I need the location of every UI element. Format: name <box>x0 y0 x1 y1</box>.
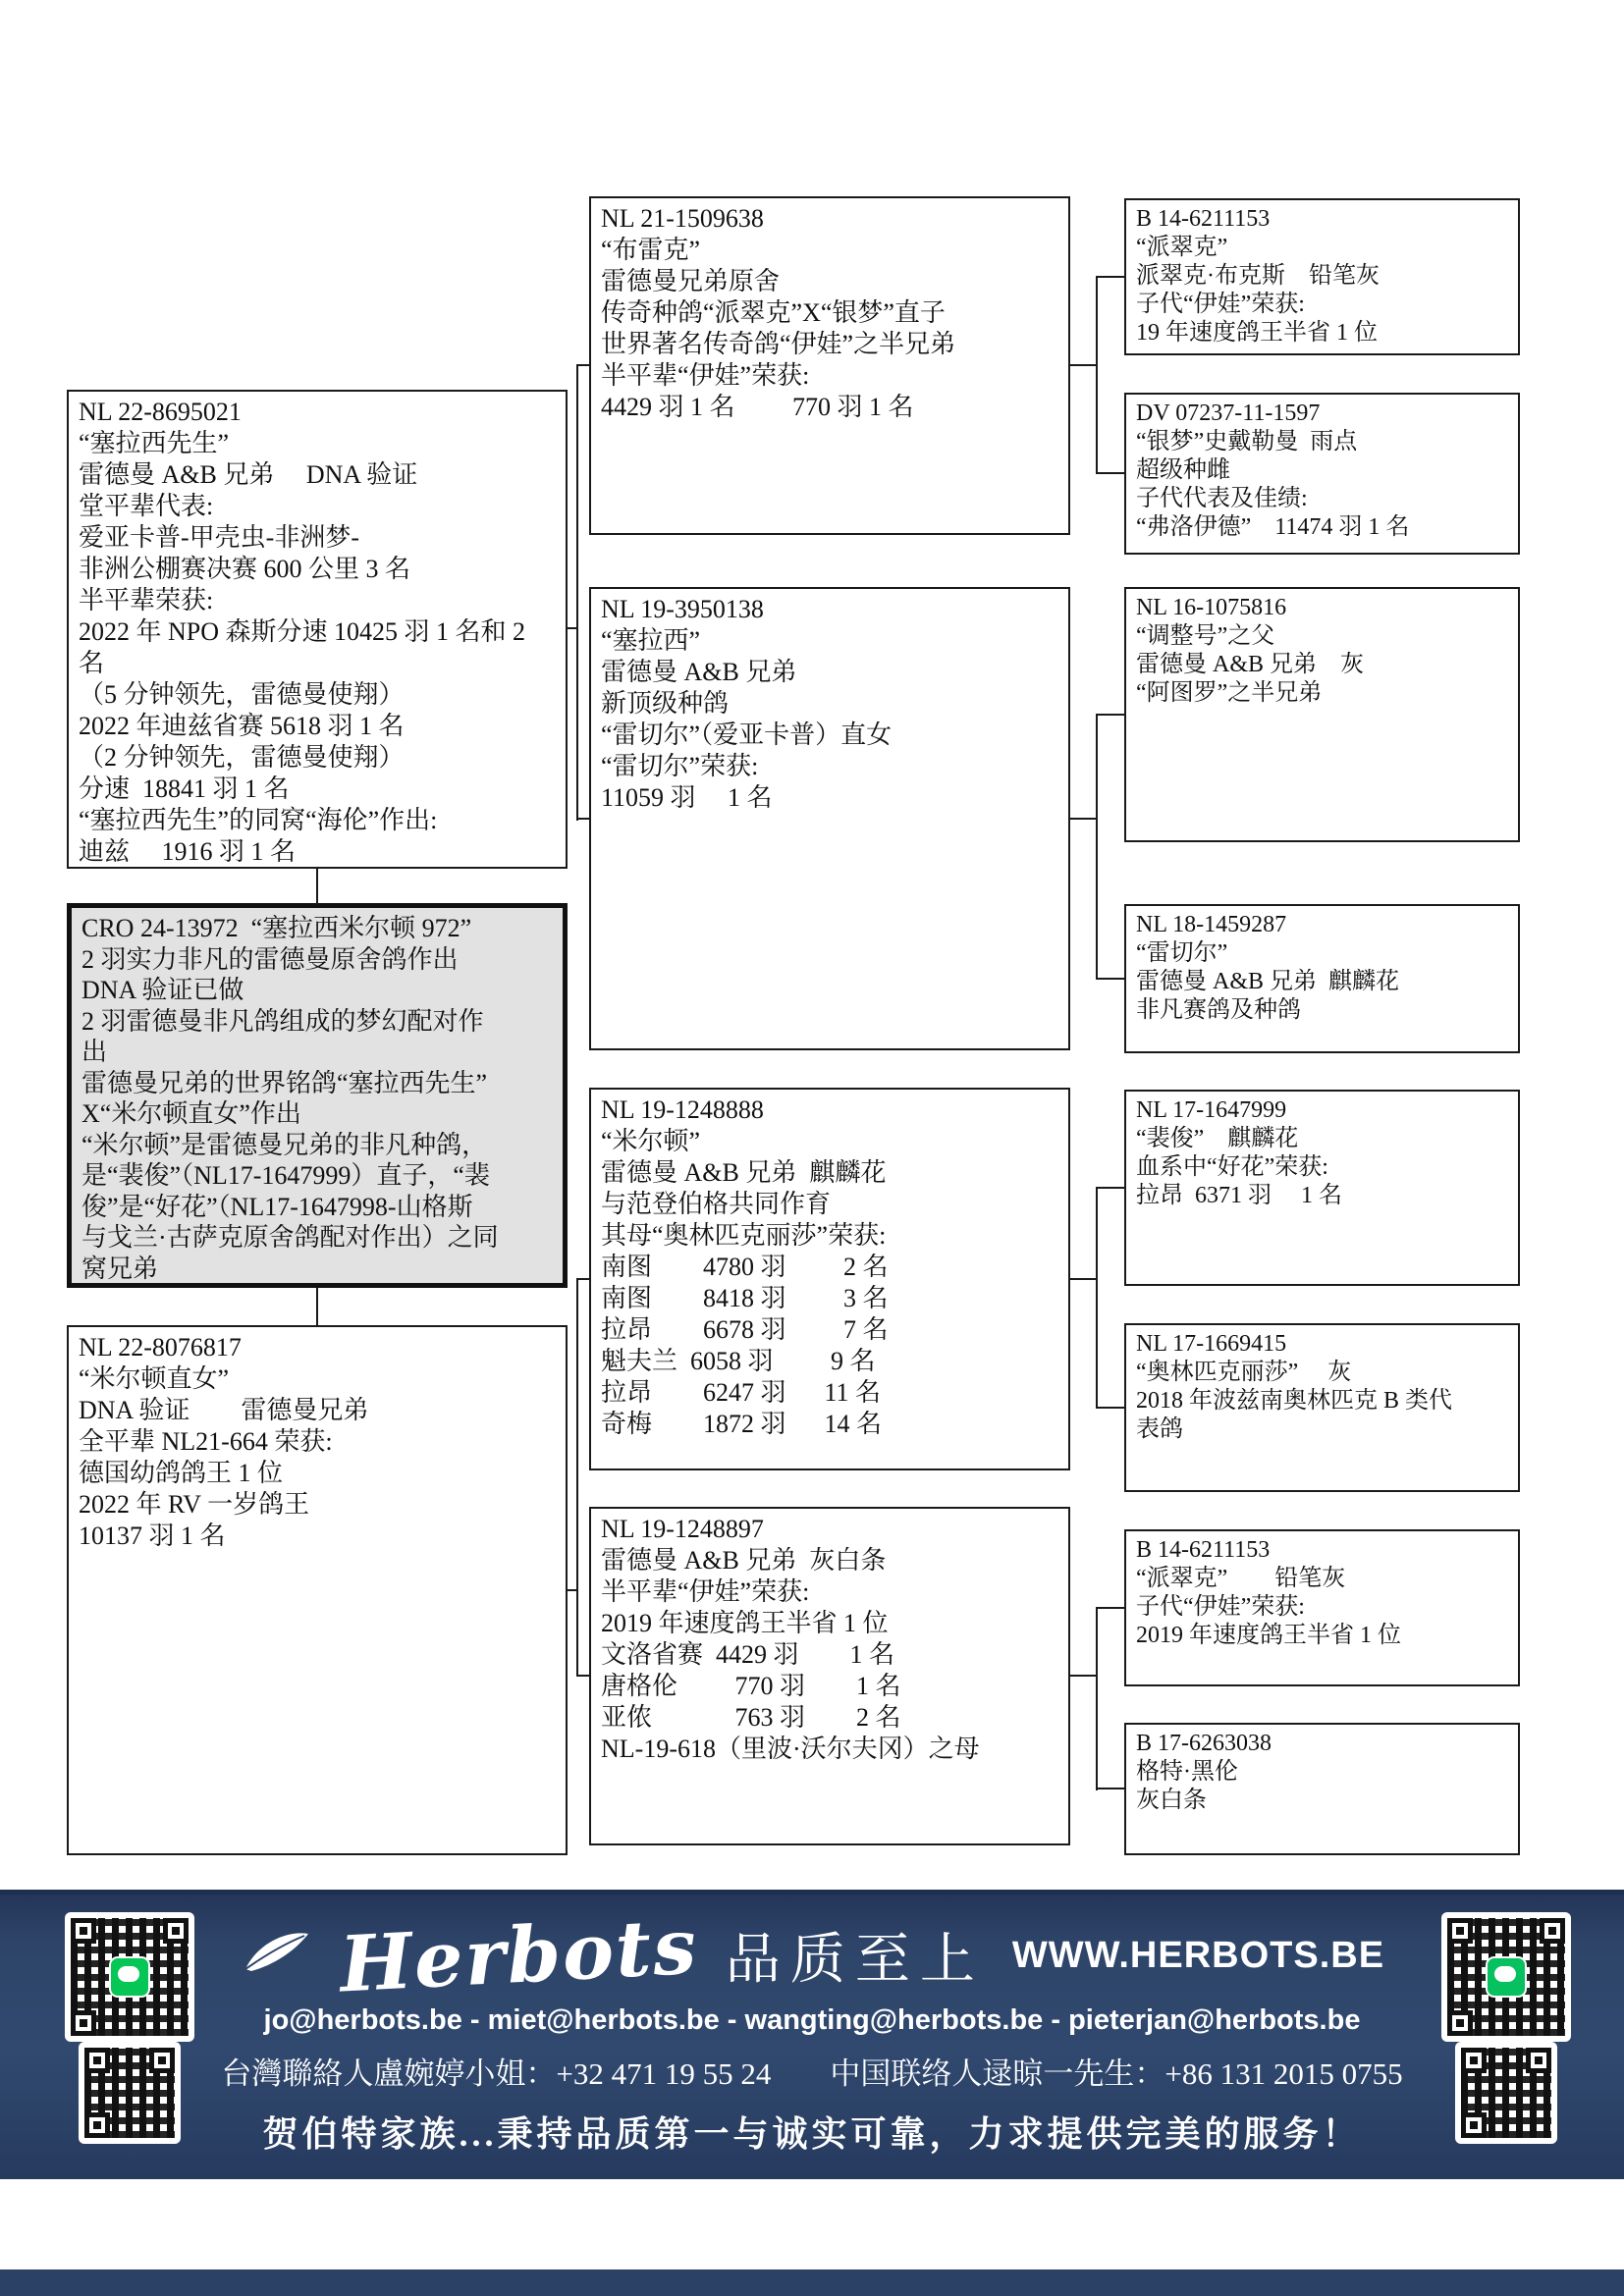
pedigree-text-line: 子代“伊娃”荣获: <box>1136 1593 1508 1622</box>
pedigree-text-line: 爱亚卡普-甲壳虫-非洲梦- <box>79 522 556 554</box>
pedigree-text-line: NL 22-8076817 <box>79 1332 556 1363</box>
connector-line <box>1096 276 1124 278</box>
connector-line <box>1096 978 1124 980</box>
wechat-qr-code-secondary <box>1455 2042 1557 2144</box>
pedigree-text-line: “阿图罗”之半兄弟 <box>1136 679 1508 708</box>
pedigree-text-line: 俊”是“好花”（NL17-1647998-山格斯 <box>81 1192 553 1223</box>
pedigree-text-line: 2 羽实力非凡的雷德曼原舍鸽作出 <box>81 944 553 976</box>
pedigree-box-ff-dam: DV 07237-11-1597“银梦”史戴勒曼 雨点超级种雌子代代表及佳绩:“… <box>1124 393 1520 555</box>
pedigree-text-line: B 14-6211153 <box>1136 205 1508 234</box>
pedigree-text-line: 10137 羽 1 名 <box>79 1521 556 1552</box>
pedigree-box-ff-sire: B 14-6211153“派翠克”派翠克·布克斯 铅笔灰子代“伊娃”荣获:19 … <box>1124 198 1520 355</box>
pedigree-box-fm-sire: NL 16-1075816“调整号”之父雷德曼 A&B 兄弟 灰“阿图罗”之半兄… <box>1124 587 1520 842</box>
connector-line <box>576 1675 589 1677</box>
footer-contacts: 台灣聯絡人盧婉婷小姐：+32 471 19 55 24 中国联络人逯晾一先生：+… <box>221 2049 1402 2093</box>
pedigree-box-father: NL 22-8695021“塞拉西先生”雷德曼 A&B 兄弟 DNA 验证堂平辈… <box>67 390 568 869</box>
connector-line <box>1096 472 1124 474</box>
pedigree-text-line: 雷德曼兄弟的世界铭鸽“塞拉西先生” <box>81 1068 553 1099</box>
pedigree-box-mother: NL 22-8076817“米尔顿直女”DNA 验证 雷德曼兄弟全平辈 NL21… <box>67 1325 568 1855</box>
connector-line <box>1096 1187 1098 1409</box>
connector-line <box>1070 364 1097 366</box>
pedigree-text-line: 非凡赛鸽及种鸽 <box>1136 996 1508 1025</box>
connector-line <box>576 818 589 820</box>
pedigree-text-line: 2022 年迪兹省赛 5618 羽 1 名 <box>79 711 556 742</box>
pedigree-text-line: （5 分钟领先，雷德曼使翔） <box>79 679 556 711</box>
pedigree-text-line: 半平辈荣获: <box>79 585 556 616</box>
footer-bottom-strip <box>0 2269 1624 2296</box>
footer-contact-taiwan: 台灣聯絡人盧婉婷小姐：+32 471 19 55 24 <box>221 2049 771 2093</box>
pedigree-text-line: “塞拉西先生”的同窝“海伦”作出: <box>79 805 556 836</box>
pedigree-text-line: “派翠克” <box>1136 234 1508 262</box>
connector-line <box>1070 1675 1097 1677</box>
pedigree-text-line: 奇梅 1872 羽 14 名 <box>601 1409 1058 1440</box>
connector-line <box>1096 714 1124 716</box>
wechat-qr-code <box>1441 1912 1571 2042</box>
pedigree-box-mf-sire: NL 17-1647999“裴俊” 麒麟花血系中“好花”荣获:拉昂 6371 羽… <box>1124 1090 1520 1286</box>
pedigree-text-line: “银梦”史戴勒曼 雨点 <box>1136 428 1508 456</box>
pedigree-text-line: 亚侬 763 羽 2 名 <box>601 1702 1058 1734</box>
pedigree-text-line: 出 <box>81 1037 553 1068</box>
footer-emails: jo@herbots.be - miet@herbots.be - wangti… <box>264 2004 1361 2037</box>
pedigree-text-line: 4429 羽 1 名 770 羽 1 名 <box>601 392 1058 423</box>
pedigree-text-line: 拉昂 6678 羽 7 名 <box>601 1314 1058 1346</box>
footer-slogan: 贺伯特家族...秉持品质第一与诚实可靠，力求提供完美的服务！ <box>262 2107 1361 2157</box>
pedigree-text-line: 迪兹 1916 羽 1 名 <box>79 836 556 868</box>
line-qr-code-secondary <box>79 2042 181 2144</box>
pedigree-text-line: 2 羽雷德曼非凡鸽组成的梦幻配对作 <box>81 1006 553 1038</box>
pedigree-text-line: 11059 羽 1 名 <box>601 782 1058 814</box>
pedigree-box-subject: CRO 24-13972 “塞拉西米尔顿 972”2 羽实力非凡的雷德曼原舍鸽作… <box>67 903 568 1288</box>
pedigree-box-father-sire: NL 21-1509638“布雷克”雷德曼兄弟原舍传奇种鸽“派翠克”X“银梦”直… <box>589 196 1070 535</box>
pedigree-text-line: 其母“奥林匹克丽莎”荣获: <box>601 1220 1058 1252</box>
pedigree-text-line: B 14-6211153 <box>1136 1536 1508 1565</box>
connector-line <box>1096 1607 1124 1609</box>
footer-tagline: 品质至上 <box>726 1916 985 1995</box>
herbots-logo: Herbots <box>338 1901 700 2009</box>
connector-line <box>1070 1278 1097 1280</box>
pedigree-text-line: “塞拉西” <box>601 625 1058 657</box>
pedigree-text-line: “米尔顿” <box>601 1126 1058 1157</box>
pedigree-text-line: 2018 年波兹南奥林匹克 B 类代 <box>1136 1387 1508 1415</box>
pedigree-box-fm-dam: NL 18-1459287“雷切尔”雷德曼 A&B 兄弟 麒麟花非凡赛鸽及种鸽 <box>1124 904 1520 1053</box>
pedigree-text-line: 唐格伦 770 羽 1 名 <box>601 1671 1058 1702</box>
pedigree-box-father-dam: NL 19-3950138“塞拉西”雷德曼 A&B 兄弟新顶级种鸽“雷切尔”（爱… <box>589 587 1070 1050</box>
pedigree-text-line: 是“裴俊”（NL17-1647999）直子，“裴 <box>81 1160 553 1192</box>
pedigree-text-line: 魁夫兰 6058 羽 9 名 <box>601 1346 1058 1377</box>
wechat-icon <box>1486 1956 1527 1998</box>
pedigree-text-line: NL 19-1248897 <box>601 1514 1058 1545</box>
pedigree-text-line: 子代代表及佳绩: <box>1136 485 1508 513</box>
pedigree-page: NL 22-8695021“塞拉西先生”雷德曼 A&B 兄弟 DNA 验证堂平辈… <box>0 0 1624 2296</box>
pedigree-text-line: 南图 8418 羽 3 名 <box>601 1283 1058 1314</box>
pedigree-text-line: 19 年速度鸽王半省 1 位 <box>1136 319 1508 347</box>
pedigree-text-line: 灰白条 <box>1136 1787 1508 1815</box>
pedigree-text-line: DV 07237-11-1597 <box>1136 400 1508 428</box>
pedigree-text-line: NL 17-1647999 <box>1136 1096 1508 1125</box>
pedigree-text-line: 雷德曼 A&B 兄弟 麒麟花 <box>1136 968 1508 996</box>
pedigree-text-line: 2019 年速度鸽王半省 1 位 <box>1136 1622 1508 1650</box>
pedigree-text-line: “派翠克” 铅笔灰 <box>1136 1565 1508 1593</box>
connector-line <box>576 1278 578 1677</box>
pedigree-text-line: 雷德曼 A&B 兄弟 DNA 验证 <box>79 459 556 491</box>
pedigree-text-line: B 17-6263038 <box>1136 1730 1508 1758</box>
pedigree-text-line: NL 17-1669415 <box>1136 1330 1508 1359</box>
pedigree-box-mm-sire: B 14-6211153“派翠克” 铅笔灰子代“伊娃”荣获:2019 年速度鸽王… <box>1124 1529 1520 1686</box>
connector-line <box>1096 276 1098 474</box>
pedigree-text-line: 雷德曼 A&B 兄弟 灰白条 <box>601 1545 1058 1576</box>
pedigree-text-line: “雷切尔”（爱亚卡普）直女 <box>601 720 1058 751</box>
pedigree-text-line: NL 16-1075816 <box>1136 594 1508 622</box>
pedigree-text-line: 派翠克·布克斯 铅笔灰 <box>1136 262 1508 291</box>
pedigree-text-line: X“米尔顿直女”作出 <box>81 1098 553 1130</box>
pedigree-box-mother-dam: NL 19-1248897雷德曼 A&B 兄弟 灰白条半平辈“伊娃”荣获:201… <box>589 1507 1070 1845</box>
pedigree-text-line: “弗洛伊德” 11474 羽 1 名 <box>1136 513 1508 542</box>
pedigree-text-line: NL 19-3950138 <box>601 594 1058 625</box>
pedigree-text-line: DNA 验证已做 <box>81 975 553 1006</box>
pedigree-text-line: “米尔顿”是雷德曼兄弟的非凡种鸽， <box>81 1130 553 1161</box>
footer-banner: Herbots 品质至上 WWW.HERBOTS.BE jo@herbots.b… <box>0 1890 1624 2179</box>
connector-line <box>1096 1407 1124 1409</box>
pedigree-text-line: NL 22-8695021 <box>79 397 556 428</box>
pedigree-text-line: 雷德曼 A&B 兄弟 灰 <box>1136 651 1508 679</box>
pedigree-text-line: “布雷克” <box>601 235 1058 266</box>
line-qr-code <box>65 1912 194 2042</box>
footer-website: WWW.HERBOTS.BE <box>1012 1935 1384 1977</box>
pedigree-text-line: 与范登伯格共同作育 <box>601 1189 1058 1220</box>
pedigree-text-line: NL-19-618（里波·沃尔夫冈）之母 <box>601 1734 1058 1765</box>
pedigree-text-line: NL 19-1248888 <box>601 1095 1058 1126</box>
pedigree-text-line: 血系中“好花”荣获: <box>1136 1153 1508 1182</box>
pedigree-text-line: 与戈兰·古萨克原舍鸽配对作出）之同 <box>81 1222 553 1254</box>
pedigree-text-line: 雷德曼 A&B 兄弟 <box>601 657 1058 688</box>
pedigree-text-line: 世界著名传奇鸽“伊娃”之半兄弟 <box>601 329 1058 360</box>
connector-line <box>576 1278 589 1280</box>
pedigree-text-line: 德国幼鸽鸽王 1 位 <box>79 1458 556 1489</box>
footer-contact-china: 中国联络人逯晾一先生：+86 131 2015 0755 <box>830 2049 1402 2093</box>
pedigree-text-line: “雷切尔” <box>1136 939 1508 968</box>
connector-line <box>1096 1187 1124 1189</box>
connector-line <box>576 364 578 821</box>
connector-line <box>1070 818 1097 820</box>
pedigree-box-mf-dam: NL 17-1669415“奥林匹克丽莎” 灰2018 年波兹南奥林匹克 B 类… <box>1124 1323 1520 1492</box>
pedigree-text-line: NL 18-1459287 <box>1136 911 1508 939</box>
pedigree-text-line: 2019 年速度鸽王半省 1 位 <box>601 1608 1058 1639</box>
connector-line <box>316 1288 318 1327</box>
pedigree-text-line: 雷德曼 A&B 兄弟 麒麟花 <box>601 1157 1058 1189</box>
line-icon <box>109 1956 150 1998</box>
pedigree-text-line: “雷切尔”荣获: <box>601 751 1058 782</box>
pedigree-text-line: 非洲公棚赛决赛 600 公里 3 名 <box>79 554 556 585</box>
pedigree-text-line: （2 分钟领先，雷德曼使翔） <box>79 742 556 774</box>
pedigree-text-line: 传奇种鸽“派翠克”X“银梦”直子 <box>601 297 1058 329</box>
pedigree-text-line: DNA 验证 雷德曼兄弟 <box>79 1395 556 1426</box>
pedigree-box-mother-sire: NL 19-1248888“米尔顿”雷德曼 A&B 兄弟 麒麟花与范登伯格共同作… <box>589 1088 1070 1470</box>
pedigree-text-line: “米尔顿直女” <box>79 1363 556 1395</box>
pedigree-text-line: 拉昂 6371 羽 1 名 <box>1136 1182 1508 1210</box>
pedigree-text-line: 文洛省赛 4429 羽 1 名 <box>601 1639 1058 1671</box>
connector-line <box>1096 1788 1124 1789</box>
pedigree-text-line: 2022 年 NPO 森斯分速 10425 羽 1 名和 2 <box>79 616 556 648</box>
connector-line <box>1096 1607 1098 1790</box>
feather-icon <box>240 1926 312 1985</box>
pedigree-text-line: 窝兄弟 <box>81 1254 553 1285</box>
pedigree-text-line: 拉昂 6247 羽 11 名 <box>601 1377 1058 1409</box>
pedigree-text-line: 全平辈 NL21-664 荣获: <box>79 1426 556 1458</box>
pedigree-text-line: 名 <box>79 648 556 679</box>
connector-line <box>1096 714 1098 980</box>
pedigree-text-line: 堂平辈代表: <box>79 491 556 522</box>
pedigree-text-line: NL 21-1509638 <box>601 203 1058 235</box>
pedigree-text-line: 南图 4780 羽 2 名 <box>601 1252 1058 1283</box>
pedigree-text-line: “裴俊” 麒麟花 <box>1136 1125 1508 1153</box>
pedigree-text-line: 表鸽 <box>1136 1415 1508 1444</box>
pedigree-text-line: 半平辈“伊娃”荣获: <box>601 1576 1058 1608</box>
pedigree-text-line: CRO 24-13972 “塞拉西米尔顿 972” <box>81 913 553 944</box>
pedigree-text-line: 超级种雌 <box>1136 456 1508 485</box>
pedigree-text-line: 2022 年 RV 一岁鸽王 <box>79 1489 556 1521</box>
pedigree-text-line: 格特·黑伦 <box>1136 1758 1508 1787</box>
pedigree-text-line: 雷德曼兄弟原舍 <box>601 266 1058 297</box>
pedigree-text-line: 子代“伊娃”荣获: <box>1136 291 1508 319</box>
pedigree-text-line: “塞拉西先生” <box>79 428 556 459</box>
connector-line <box>576 364 589 366</box>
footer-logo-row: Herbots 品质至上 WWW.HERBOTS.BE <box>240 1908 1384 2002</box>
pedigree-text-line: 分速 18841 羽 1 名 <box>79 774 556 805</box>
pedigree-text-line: 半平辈“伊娃”荣获: <box>601 360 1058 392</box>
connector-line <box>316 869 318 905</box>
pedigree-text-line: 新顶级种鸽 <box>601 688 1058 720</box>
pedigree-text-line: “奥林匹克丽莎” 灰 <box>1136 1359 1508 1387</box>
pedigree-text-line: “调整号”之父 <box>1136 622 1508 651</box>
pedigree-box-mm-dam: B 17-6263038格特·黑伦灰白条 <box>1124 1723 1520 1855</box>
